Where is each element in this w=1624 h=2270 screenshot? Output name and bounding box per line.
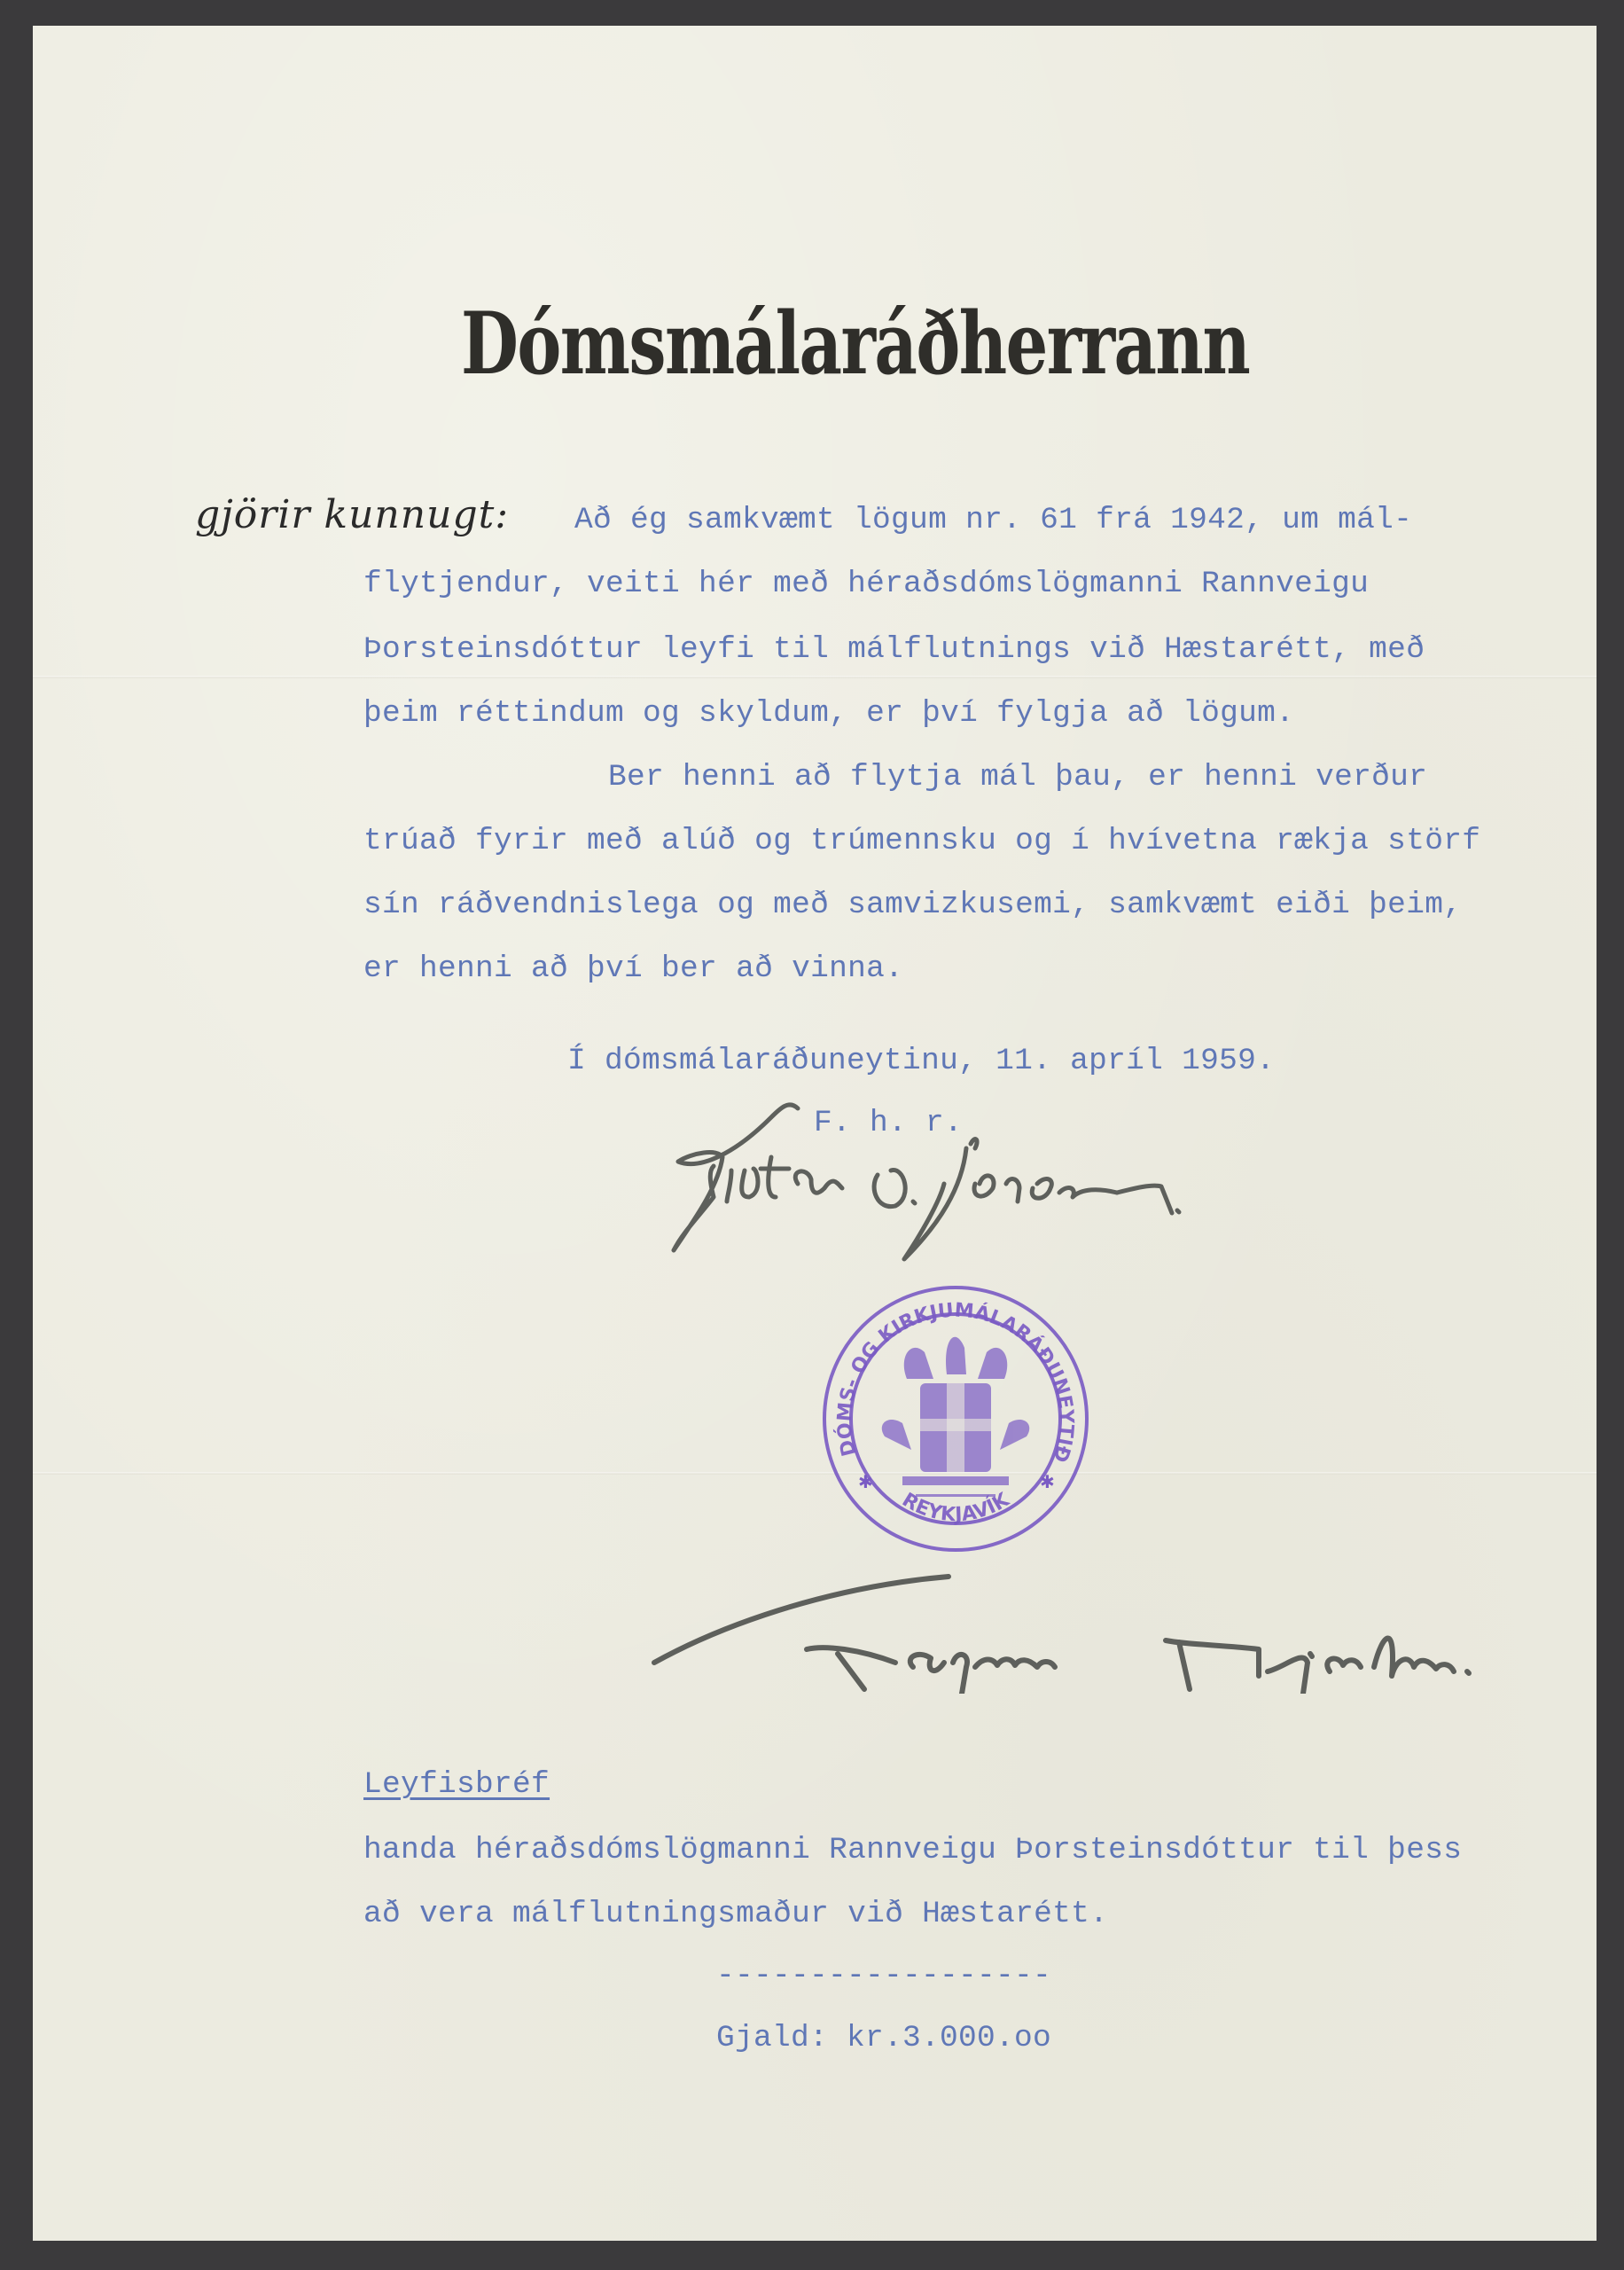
body-line: þeim réttindum og skyldum, er því fylgja… <box>363 699 1294 730</box>
body-line: sín ráðvendnislega og með samvizkusemi, … <box>363 890 1462 921</box>
place-date: Í dómsmálaráðuneytinu, 11. apríl 1959. <box>567 1046 1275 1077</box>
signature-gustav <box>656 1100 1365 1277</box>
fee-amount: Gjald: kr.3.000.oo <box>716 2023 1051 2055</box>
separator-line: ------------------ <box>716 1961 1051 1992</box>
body-line: trúað fyrir með alúð og trúmennsku og í … <box>363 826 1480 857</box>
body-line: flytjendur, veiti hér með héraðsdómslögm… <box>363 569 1369 600</box>
footer-line: handa héraðsdómslögmanni Rannveigu Þorst… <box>363 1836 1462 1867</box>
body-line: Að ég samkvæmt lögum nr. 61 frá 1942, um… <box>574 505 1412 536</box>
star-icon: ✱ <box>1040 1471 1055 1492</box>
document-title: Dómsmálaráðherrann <box>461 301 1000 387</box>
coat-of-arms-icon <box>882 1337 1029 1497</box>
footer-heading: Leyfisbréf <box>363 1770 550 1801</box>
official-stamp: DÓMS- OG KIRKJUMÁLARÁÐUNEYTIÐ REYKJAVÍK … <box>814 1277 1097 1561</box>
star-icon: ✱ <box>858 1471 873 1492</box>
signature-ragnar <box>647 1561 1525 1694</box>
body-line: Þorsteinsdóttur leyfi til málflutnings v… <box>363 635 1425 666</box>
body-line: er henni að því ber að vinna. <box>363 954 903 985</box>
footer-line: að vera málflutningsmaður við Hæstarétt. <box>363 1899 1108 1930</box>
intro-script: gjörir kunnugt: <box>195 492 509 537</box>
body-line: Ber henni að flytja mál þau, er henni ve… <box>608 763 1427 794</box>
fold-line <box>33 676 1597 678</box>
